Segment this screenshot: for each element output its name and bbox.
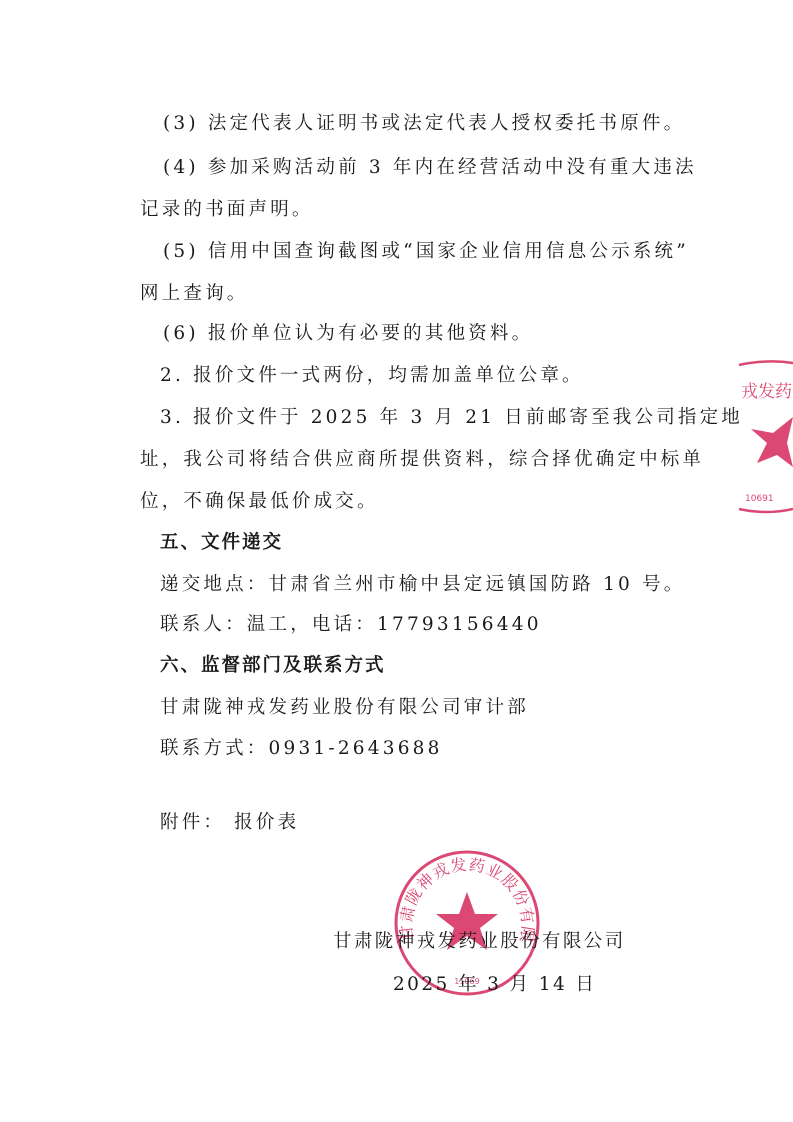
svg-text:10691: 10691 bbox=[745, 494, 774, 504]
item-2: 2. 报价文件一式两份，均需加盖单位公章。 bbox=[160, 364, 584, 388]
item-3: (3) 法定代表人证明书或法定代表人授权委托书原件。 bbox=[163, 112, 685, 136]
supervision-contact: 联系方式：0931-2643688 bbox=[160, 737, 443, 761]
edge-seal-icon: 戎发药 10691 bbox=[737, 355, 793, 515]
supervision-department: 甘肃陇神戎发药业股份有限公司审计部 bbox=[160, 696, 529, 720]
delivery-contact: 联系人：温工，电话：17793156440 bbox=[160, 613, 542, 637]
item-4-cont: 记录的书面声明。 bbox=[140, 198, 314, 222]
item-3-deadline: 3. 报价文件于 2025 年 3 月 21 日前邮寄至我公司指定地 bbox=[160, 406, 743, 430]
item-6: (6) 报价单位认为有必要的其他资料。 bbox=[163, 322, 533, 346]
section5-heading: 五、文件递交 bbox=[160, 531, 283, 555]
attachment-note: 附件： 报价表 bbox=[160, 811, 299, 835]
item-3-deadline-cont2: 位，不确保最低价成交。 bbox=[140, 490, 379, 514]
signature-date: 2025 年 3 月 14 日 bbox=[393, 973, 596, 997]
svg-text:戎发药: 戎发药 bbox=[741, 382, 792, 402]
item-5-cont: 网上查询。 bbox=[140, 282, 249, 306]
signature-company: 甘肃陇神戎发药业股份有限公司 bbox=[333, 930, 626, 954]
item-3-deadline-cont1: 址，我公司将结合供应商所提供资料，综合择优确定中标单 bbox=[140, 448, 704, 472]
delivery-address: 递交地点：甘肃省兰州市榆中县定远镇国防路 10 号。 bbox=[160, 573, 686, 597]
item-5: (5) 信用中国查询截图或“国家企业信用信息公示系统” bbox=[163, 240, 689, 264]
section6-heading: 六、监督部门及联系方式 bbox=[160, 654, 386, 678]
item-4: (4) 参加采购活动前 3 年内在经营活动中没有重大违法 bbox=[163, 156, 697, 180]
